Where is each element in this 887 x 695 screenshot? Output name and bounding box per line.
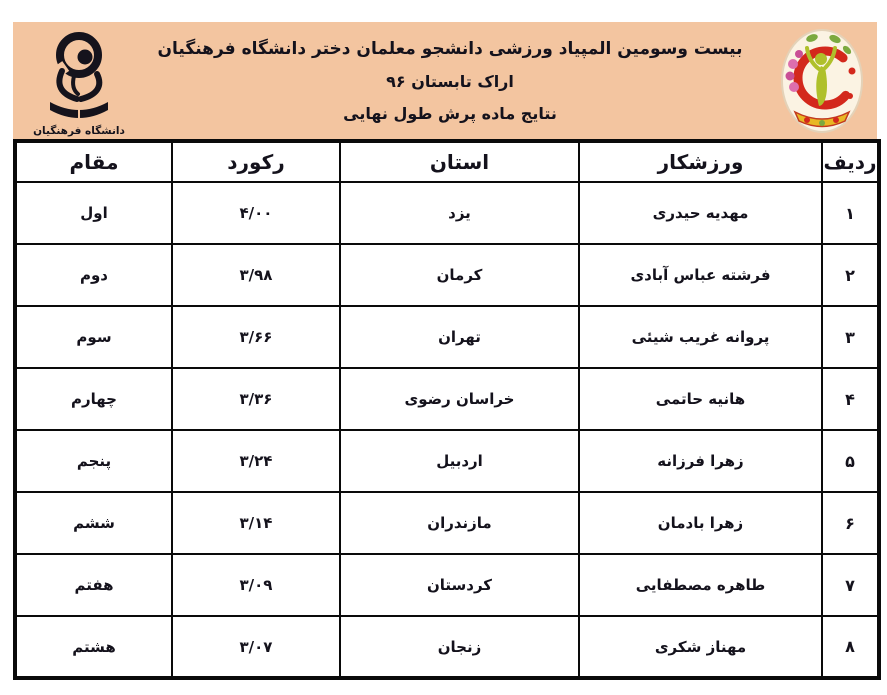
- cell-athlete: طاهره مصطفایی: [579, 554, 822, 616]
- table-row: ۳ پروانه غریب شیئی تهران ۳/۶۶ سوم: [15, 306, 879, 368]
- cell-rank: ششم: [15, 492, 172, 554]
- document-subtitle-event: نتایج ماده پرش طول نهایی: [343, 104, 557, 123]
- cell-record: ۳/۱۴: [172, 492, 340, 554]
- cell-athlete: هانیه حاتمی: [579, 368, 822, 430]
- cell-radif: ۷: [822, 554, 879, 616]
- table-row: ۲ فرشته عباس آبادی کرمان ۳/۹۸ دوم: [15, 244, 879, 306]
- cell-province: اردبیل: [340, 430, 579, 492]
- olympiad-emblem-graphic: [779, 26, 865, 136]
- cell-athlete: فرشته عباس آبادی: [579, 244, 822, 306]
- column-header-athlete: ورزشکار: [579, 141, 822, 182]
- cell-athlete: زهرا فرزانه: [579, 430, 822, 492]
- cell-rank: سوم: [15, 306, 172, 368]
- column-header-rank: مقام: [15, 141, 172, 182]
- cell-province: مازندران: [340, 492, 579, 554]
- cell-radif: ۱: [822, 182, 879, 244]
- table-row: ۵ زهرا فرزانه اردبیل ۳/۲۴ پنجم: [15, 430, 879, 492]
- cell-province: خراسان رضوی: [340, 368, 579, 430]
- column-header-radif: ردیف: [822, 141, 879, 182]
- cell-record: ۳/۶۶: [172, 306, 340, 368]
- cell-radif: ۴: [822, 368, 879, 430]
- cell-radif: ۵: [822, 430, 879, 492]
- table-header-row: ردیف ورزشکار استان رکورد مقام: [15, 141, 879, 182]
- cell-record: ۳/۲۴: [172, 430, 340, 492]
- header: دانشگاه فرهنگیان بیست وسومین المپیاد ورز…: [13, 22, 877, 139]
- column-header-record: رکورد: [172, 141, 340, 182]
- cell-record: ۳/۳۶: [172, 368, 340, 430]
- results-sheet: دانشگاه فرهنگیان بیست وسومین المپیاد ورز…: [0, 0, 887, 695]
- document-subtitle-location-year: اراک تابستان ۹۶: [386, 72, 514, 91]
- table-row: ۱ مهدیه حیدری یزد ۴/۰۰ اول: [15, 182, 879, 244]
- table-row: ۴ هانیه حاتمی خراسان رضوی ۳/۳۶ چهارم: [15, 368, 879, 430]
- cell-province: یزد: [340, 182, 579, 244]
- farhangian-logo-graphic: دانشگاه فرهنگیان: [29, 28, 129, 138]
- cell-province: تهران: [340, 306, 579, 368]
- cell-athlete: پروانه غریب شیئی: [579, 306, 822, 368]
- cell-radif: ۳: [822, 306, 879, 368]
- table-row: ۸ مهناز شکری زنجان ۳/۰۷ هشتم: [15, 616, 879, 678]
- cell-rank: چهارم: [15, 368, 172, 430]
- cell-rank: هشتم: [15, 616, 172, 678]
- cell-rank: هفتم: [15, 554, 172, 616]
- header-titles: بیست وسومین المپیاد ورزشی دانشجو معلمان …: [133, 22, 767, 139]
- cell-rank: دوم: [15, 244, 172, 306]
- cell-athlete: مهناز شکری: [579, 616, 822, 678]
- cell-province: زنجان: [340, 616, 579, 678]
- cell-rank: پنجم: [15, 430, 172, 492]
- cell-radif: ۸: [822, 616, 879, 678]
- cell-record: ۴/۰۰: [172, 182, 340, 244]
- farhangian-logo-caption: دانشگاه فرهنگیان: [33, 124, 125, 137]
- cell-record: ۳/۰۹: [172, 554, 340, 616]
- cell-athlete: مهدیه حیدری: [579, 182, 822, 244]
- document-title: بیست وسومین المپیاد ورزشی دانشجو معلمان …: [158, 39, 743, 59]
- farhangian-university-logo: دانشگاه فرهنگیان: [29, 28, 129, 138]
- cell-record: ۳/۹۸: [172, 244, 340, 306]
- table-row: ۷ طاهره مصطفایی کردستان ۳/۰۹ هفتم: [15, 554, 879, 616]
- cell-radif: ۲: [822, 244, 879, 306]
- table-row: ۶ زهرا بادمان مازندران ۳/۱۴ ششم: [15, 492, 879, 554]
- results-table: ردیف ورزشکار استان رکورد مقام ۱ مهدیه حی…: [13, 139, 881, 680]
- cell-record: ۳/۰۷: [172, 616, 340, 678]
- olympiad-emblem: [779, 26, 865, 136]
- cell-province: کردستان: [340, 554, 579, 616]
- cell-athlete: زهرا بادمان: [579, 492, 822, 554]
- cell-rank: اول: [15, 182, 172, 244]
- column-header-province: استان: [340, 141, 579, 182]
- cell-province: کرمان: [340, 244, 579, 306]
- cell-radif: ۶: [822, 492, 879, 554]
